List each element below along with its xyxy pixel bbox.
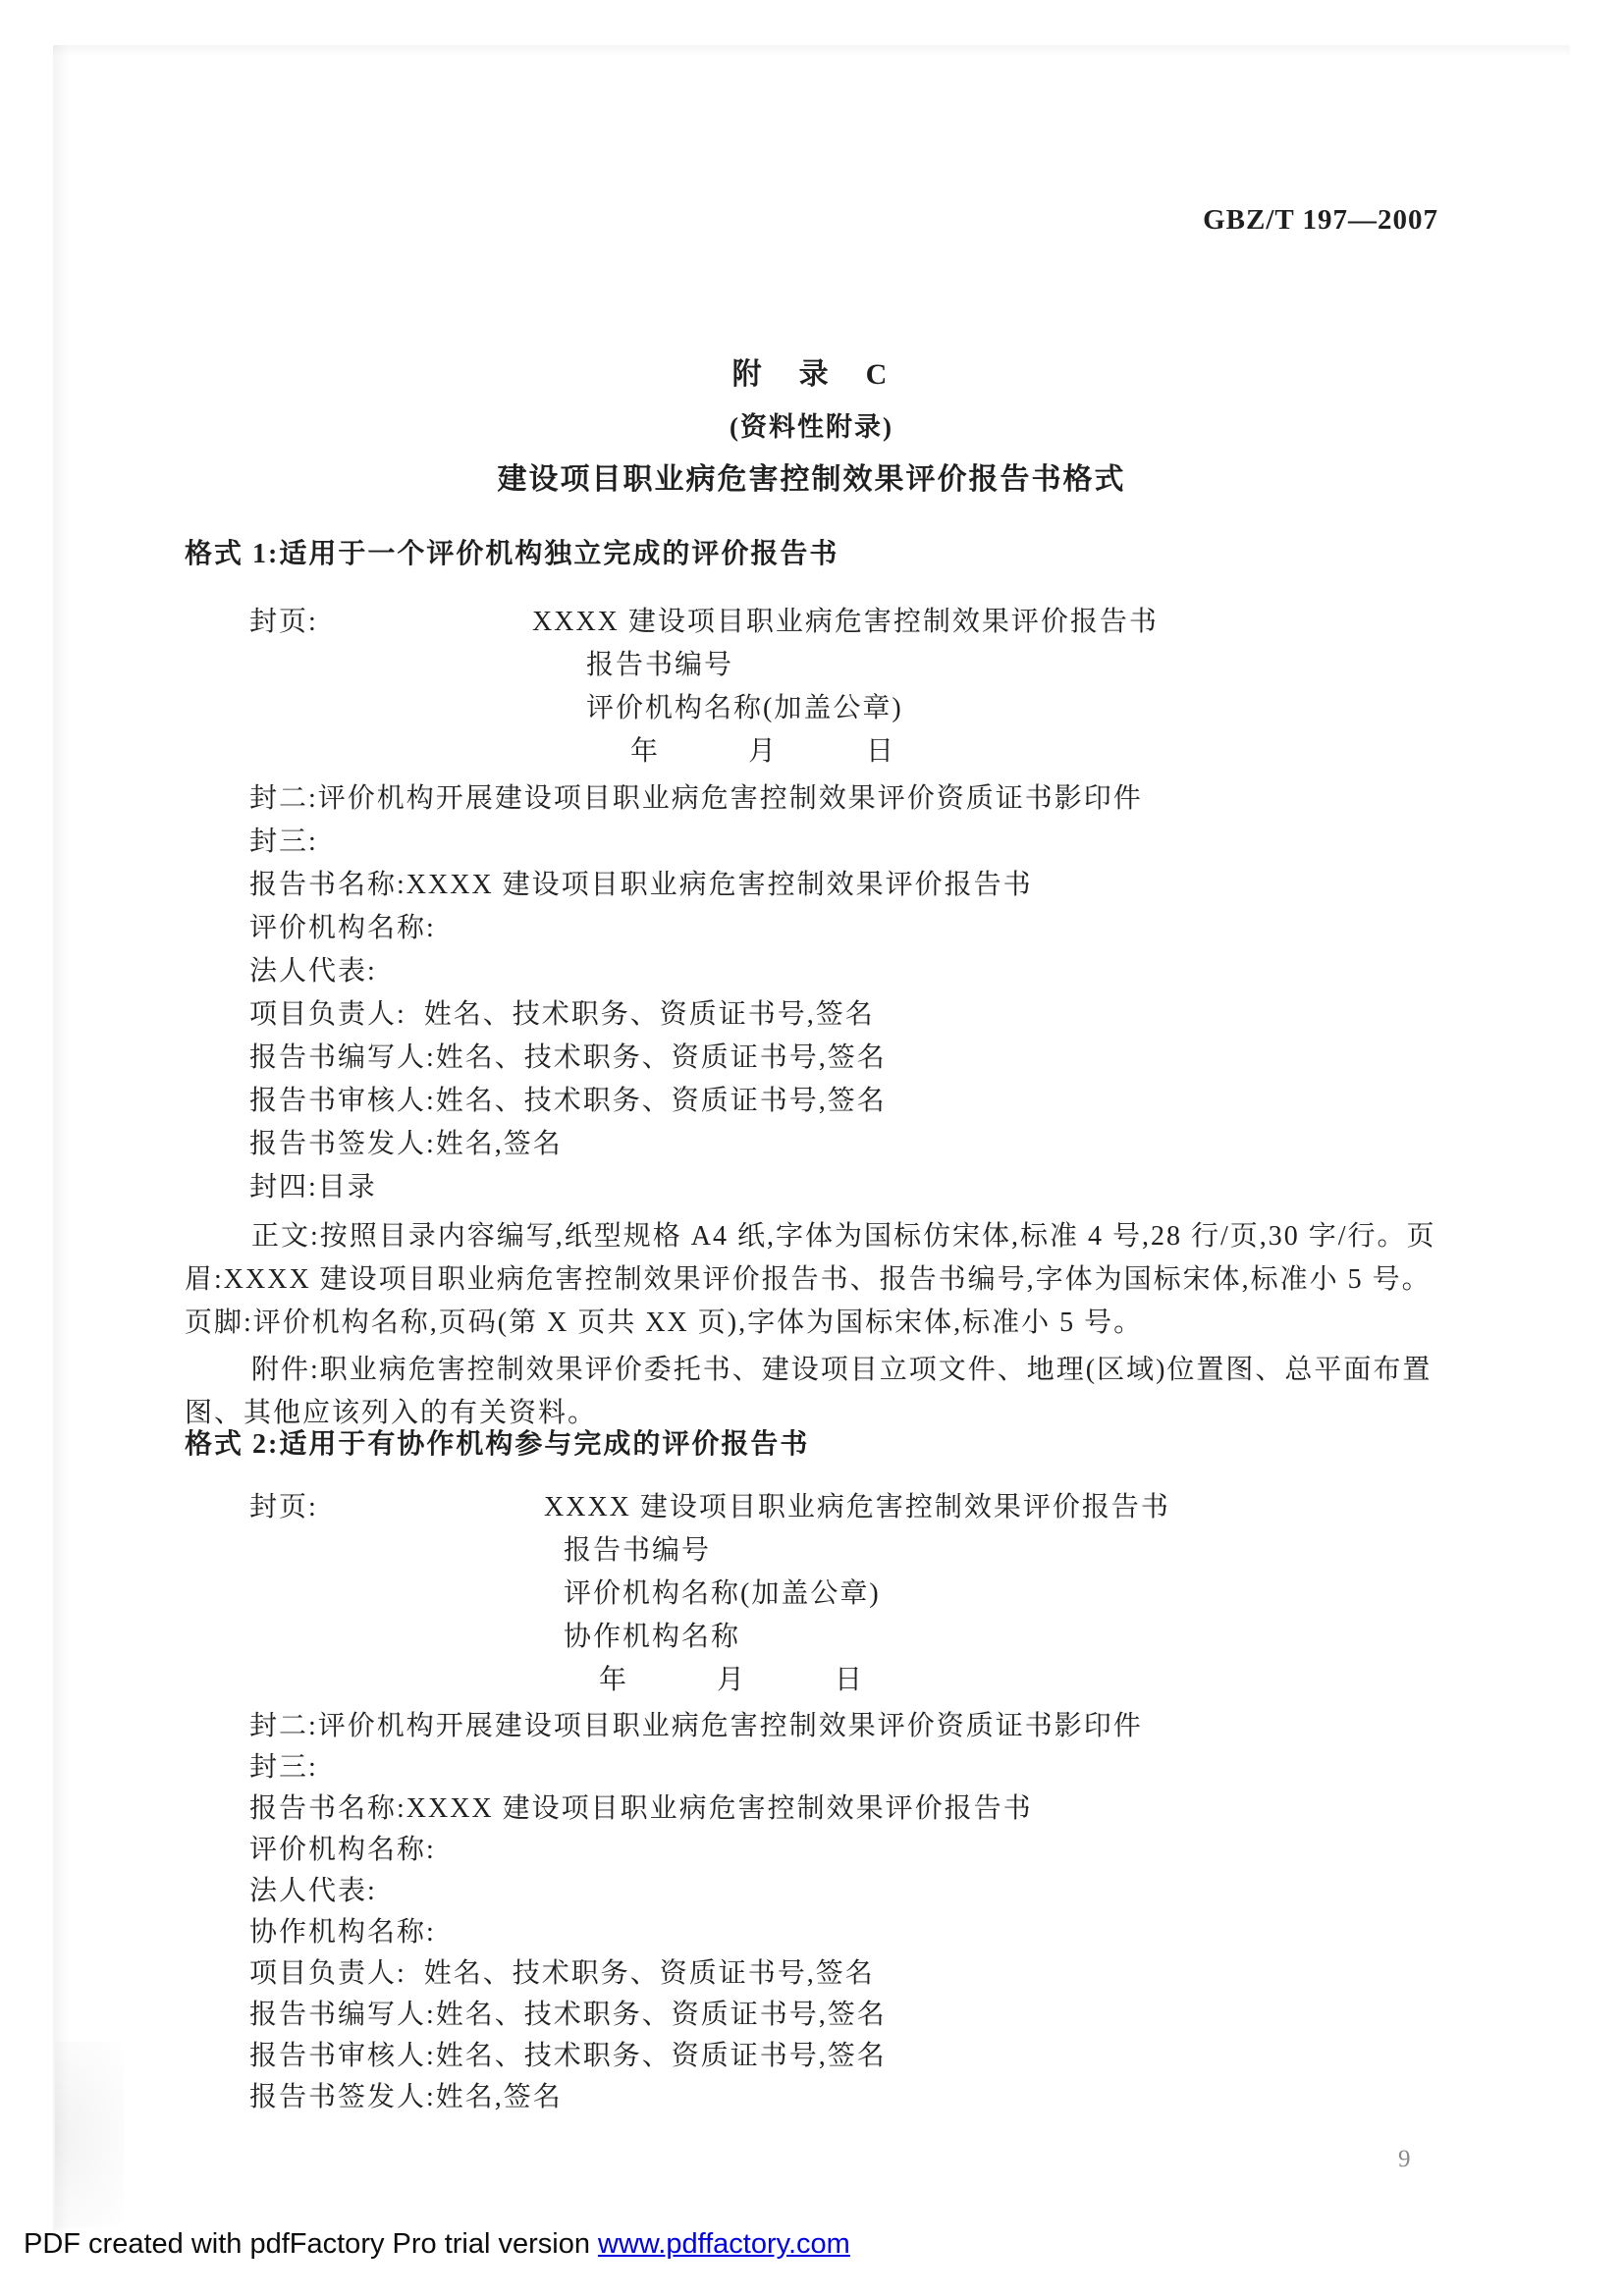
format2-cover-block: 封页: XXXX 建设项目职业病危害控制效果评价报告书 报告书编号 评价机构名称… <box>185 1486 1448 1702</box>
body-line: 封四:目录 <box>249 1166 1448 1209</box>
pdf-footer-text: PDF created with pdfFactory Pro trial ve… <box>24 2228 598 2260</box>
cover-line: 评价机构名称(加盖公章) <box>564 1573 1448 1616</box>
cover-line: XXXX 建设项目职业病危害控制效果评价报告书 <box>544 1486 1448 1529</box>
body-line: 法人代表: <box>249 950 1448 993</box>
appendix-type: (资料性附录) <box>0 405 1623 444</box>
body-line: 报告书名称:XXXX 建设项目职业病危害控制效果评价报告书 <box>249 1789 1448 1830</box>
format2-body: 封二:评价机构开展建设项目职业病危害控制效果评价资质证书影印件 封三: 报告书名… <box>185 1706 1448 2118</box>
body-line: 封二:评价机构开展建设项目职业病危害控制效果评价资质证书影印件 <box>249 1706 1448 1747</box>
cover-line: 报告书编号 <box>564 1529 1448 1573</box>
format1-paragraph-body: 正文:按照目录内容编写,纸型规格 A4 纸,字体为国标仿宋体,标准 4 号,28… <box>185 1215 1448 1345</box>
format1-heading: 格式 1:适用于一个评价机构独立完成的评价报告书 <box>185 535 1448 574</box>
body-line: 报告书编写人:姓名、技术职务、资质证书号,签名 <box>249 1037 1448 1080</box>
body-line: 报告书签发人:姓名,签名 <box>249 1123 1448 1166</box>
body-line: 协作机构名称: <box>249 1912 1448 1953</box>
body-line: 法人代表: <box>249 1871 1448 1912</box>
scan-page-edge <box>53 45 1570 57</box>
format1-body: 封二:评价机构开展建设项目职业病危害控制效果评价资质证书影印件 封三: 报告书名… <box>185 777 1448 1209</box>
body-line: 封三: <box>249 821 1448 864</box>
appendix-heading: 附 录 C <box>0 349 1623 393</box>
scan-artifact <box>55 2042 124 2228</box>
body-line: 封二:评价机构开展建设项目职业病危害控制效果评价资质证书影印件 <box>249 777 1448 821</box>
appendix-name: 建设项目职业病危害控制效果评价报告书格式 <box>0 454 1623 498</box>
page-number: 9 <box>1398 2146 1411 2173</box>
body-line: 报告书签发人:姓名,签名 <box>249 2077 1448 2118</box>
format1-cover-block: 封页: XXXX 建设项目职业病危害控制效果评价报告书 报告书编号 评价机构名称… <box>185 601 1448 774</box>
cover-line: 评价机构名称(加盖公章) <box>586 687 1448 730</box>
body-line: 报告书审核人:姓名、技术职务、资质证书号,签名 <box>249 2036 1448 2077</box>
cover-line: 报告书编号 <box>586 644 1448 687</box>
cover-page-label: 封页: <box>249 601 318 644</box>
appendix-title-block: 附 录 C (资料性附录) 建设项目职业病危害控制效果评价报告书格式 <box>0 349 1623 498</box>
cover-line: XXXX 建设项目职业病危害控制效果评价报告书 <box>532 601 1448 644</box>
body-line: 项目负责人: 姓名、技术职务、资质证书号,签名 <box>249 993 1448 1037</box>
format2-heading: 格式 2:适用于有协作机构参与完成的评价报告书 <box>185 1425 1448 1465</box>
standard-code: GBZ/T 197—2007 <box>1203 204 1438 237</box>
cover-date-line: 年 月 日 <box>599 1659 1448 1702</box>
body-line: 报告书审核人:姓名、技术职务、资质证书号,签名 <box>249 1080 1448 1123</box>
body-line: 报告书名称:XXXX 建设项目职业病危害控制效果评价报告书 <box>249 864 1448 907</box>
cover-line: 协作机构名称 <box>564 1616 1448 1659</box>
cover-page-label: 封页: <box>249 1486 318 1529</box>
body-line: 报告书编写人:姓名、技术职务、资质证书号,签名 <box>249 1995 1448 2036</box>
body-line: 封三: <box>249 1747 1448 1789</box>
cover-date-line: 年 月 日 <box>630 730 1448 774</box>
body-line: 项目负责人: 姓名、技术职务、资质证书号,签名 <box>249 1953 1448 1995</box>
format1-paragraph-attachment: 附件:职业病危害控制效果评价委托书、建设项目立项文件、地理(区域)位置图、总平面… <box>185 1349 1448 1435</box>
pdffactory-link[interactable]: www.pdffactory.com <box>598 2228 850 2260</box>
body-line: 评价机构名称: <box>249 1830 1448 1871</box>
pdf-creator-footer: PDF created with pdfFactory Pro trial ve… <box>24 2228 850 2261</box>
body-line: 评价机构名称: <box>249 907 1448 950</box>
